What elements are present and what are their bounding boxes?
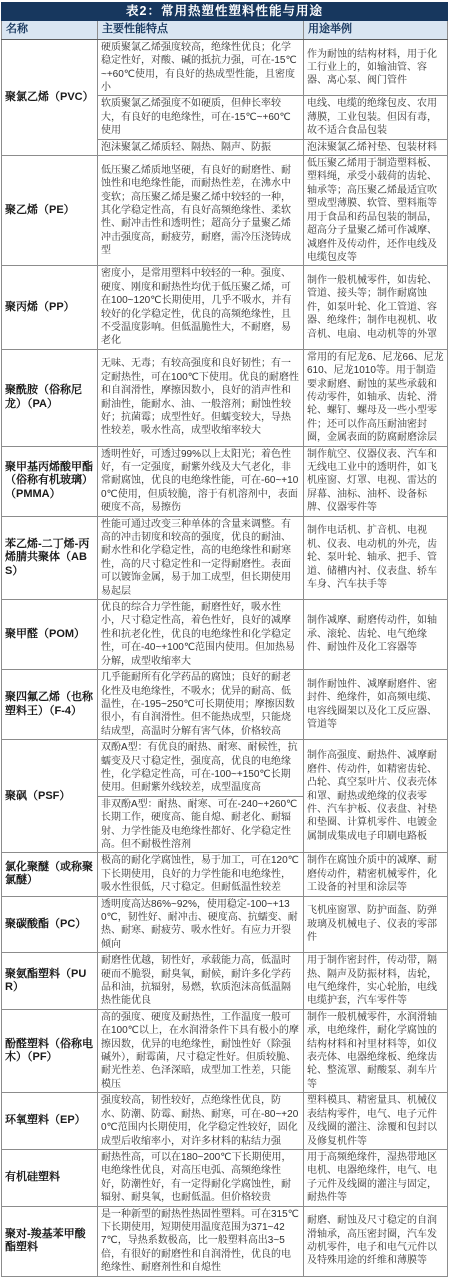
props-cell: 双酚A型：有优良的耐热、耐寒、耐候性，抗蠕变及尺寸稳定性，强度高，优良的电绝缘性… <box>98 740 304 797</box>
material-name-pa: 聚酰胺（俗称尼龙）（PA） <box>2 349 98 446</box>
props-cell: 高的强度、硬度及耐热性，工作温度一般可在100℃以上，在水润滑条件下具有极小的摩… <box>98 1009 304 1092</box>
table-row: 聚氨酯塑料（PUR） 耐磨性优越，韧性好，承载能力高，低温时硬而不脆裂，耐臭氧，… <box>2 953 448 1010</box>
table-row: 氯化聚醚（或称聚氯醚） 极高的耐化学腐蚀性，易于加工，可在120℃下长期使用，良… <box>2 853 448 896</box>
uses-cell: 制作航空、仪器仪表、汽车和无线电工业中的透明件，如飞机座窗、灯罩、电视、雷达的屏… <box>304 446 448 516</box>
table-title: 表2：常用热塑性塑料性能与用途 <box>2 3 448 21</box>
props-cell: 密度小，是常用塑料中较轻的一种。强度、硬度、刚度和耐热性均优于低压聚乙烯，可在1… <box>98 266 304 349</box>
uses-cell: 飞机座窗罩、防护面盔、防弹玻璃及机械电子、仪表的零部件 <box>304 896 448 953</box>
props-cell: 低压聚乙烯质地坚硬，有良好的耐磨性、耐蚀性和电绝缘性能，而耐热性差，在沸水中变软… <box>98 156 304 266</box>
material-name-pur: 聚氨酯塑料（PUR） <box>2 953 98 1010</box>
uses-cell: 作为耐蚀的结构材料，用于化工行业上的，如输油管、容器、离心泵、阀门管件 <box>304 39 448 96</box>
uses-cell: 制作高强度、耐热件、减摩耐磨件、传动件，如精密齿轮、凸轮、真空泵叶片、仪表壳体和… <box>304 740 448 853</box>
column-header-uses: 用途举例 <box>304 21 448 39</box>
material-name-pom: 聚甲醛（POM） <box>2 600 98 670</box>
uses-cell: 塑料模具、精密量具、机械仪表结构零件，电气、电子元件及线圈的灌注、涂覆和包封以及… <box>304 1093 448 1150</box>
material-name-pvc: 聚氯乙烯（PVC） <box>2 39 98 155</box>
uses-cell: 用于制作密封件，传动带，隔热、隔声及防振材料，齿轮，电气绝缘件，实心轮胎，电线电… <box>304 953 448 1010</box>
material-name-pf: 酚醛塑料（俗称电木）（PF） <box>2 1009 98 1092</box>
props-cell: 强度较高，韧性较好，点绝缘性优良，防水、防潮、防霉、耐热、耐寒，可在-80~+2… <box>98 1093 304 1150</box>
table-row: 聚砜（PSF） 双酚A型：有优良的耐热、耐寒、耐候性，抗蠕变及尺寸稳定性，强度高… <box>2 740 448 797</box>
uses-cell: 泡沫聚氯乙烯衬垫、包装材料 <box>304 139 448 155</box>
props-cell: 几乎能耐所有化学药品的腐蚀；良好的耐老化性及电绝缘性，不吸水；优异的耐高、低温性… <box>98 670 304 740</box>
material-name-pe: 聚乙烯（PE） <box>2 156 98 266</box>
props-cell: 极高的耐化学腐蚀性，易于加工，可在120℃下长期使用，良好的力学性能和电绝缘性，… <box>98 853 304 896</box>
table-row: 聚氯乙烯（PVC） 硬质聚氯乙烯强度较高，绝缘性优良；化学稳定性好，对酸、碱的抵… <box>2 39 448 96</box>
uses-cell: 制作电话机、扩音机、电视机、仪表、电动机的外壳，齿轮、泵叶轮、轴承、把手、管道、… <box>304 516 448 599</box>
uses-cell: 用于高频绝缘件，湿热带地区电机、电器绝缘件，电气、电子元件及线圈的灌注与固定，耐… <box>304 1149 448 1206</box>
table-row: 聚对-羧基苯甲酸酯塑料 是一种新型的耐热性热固性塑料。可在315℃下长期使用，短… <box>2 1206 448 1276</box>
column-header-props: 主要性能特点 <box>98 21 304 39</box>
props-cell: 无味、无毒；有较高强度和良好韧性；有一定耐热性，可在100℃下使用。优良的耐磨性… <box>98 349 304 446</box>
uses-cell: 电线、电缆的绝缘包皮、农用薄膜，工业包装。但因有毒，故不适合食品包装 <box>304 96 448 139</box>
material-name-pmma: 聚甲基丙烯酸甲酯（俗称有机玻璃）（PMMA） <box>2 446 98 516</box>
uses-cell: 制作耐蚀件、减摩耐磨件、密封件、绝缘件，如高频电缆、电容线圈架以及化工反应器、管… <box>304 670 448 740</box>
props-cell: 性能可通过改变三种单体的含量来调整。有高的冲击韧度和较高的强度，优良的耐油、耐水… <box>98 516 304 599</box>
material-name-f4: 聚四氟乙烯（也称塑料王）（F-4） <box>2 670 98 740</box>
props-cell: 透明度高达86%~92%，使用稳定-100~+130℃，韧性好、耐冲击、硬度高、… <box>98 896 304 953</box>
props-cell: 透明性好，可透过99%以上太阳光；着色性好，有一定强度，耐紫外线及大气老化，非常… <box>98 446 304 516</box>
uses-cell: 常用的有尼龙6、尼龙66、尼龙610、尼龙1010等。用于制造要求耐磨、耐蚀的某… <box>304 349 448 446</box>
table-row: 苯乙烯-二丁烯-丙烯腈共聚体（ABS） 性能可通过改变三种单体的含量来调整。有高… <box>2 516 448 599</box>
table-row: 聚丙烯（PP） 密度小，是常用塑料中较轻的一种。强度、硬度、刚度和耐热性均优于低… <box>2 266 448 349</box>
props-cell: 硬质聚氯乙烯强度较高，绝缘性优良；化学稳定性好，对酸、碱的抵抗力强，可在-15℃… <box>98 39 304 96</box>
thermoplastics-properties-table: 表2：常用热塑性塑料性能与用途 名称 主要性能特点 用途举例 聚氯乙烯（PVC）… <box>1 2 448 1277</box>
uses-cell: 制作减摩、耐磨传动件，如轴承、滚轮、齿轮、电气绝缘件、耐蚀件及化工容器等 <box>304 600 448 670</box>
table-row: 聚四氟乙烯（也称塑料王）（F-4） 几乎能耐所有化学药品的腐蚀；良好的耐老化性及… <box>2 670 448 740</box>
uses-cell: 耐磨、耐蚀及尺寸稳定的自润滑轴承，高压密封圈，汽车发动机零件，电子和电气元件以及… <box>304 1206 448 1276</box>
props-cell: 软质聚氯乙烯强度不如硬质，但伸长率较大，有良好的电绝缘性，可在-15℃~+60℃… <box>98 96 304 139</box>
column-header-name: 名称 <box>2 21 98 39</box>
table-row: 聚碳酸酯（PC） 透明度高达86%~92%，使用稳定-100~+130℃，韧性好… <box>2 896 448 953</box>
table-row: 酚醛塑料（俗称电木）（PF） 高的强度、硬度及耐热性，工作温度一般可在100℃以… <box>2 1009 448 1092</box>
table-row: 聚乙烯（PE） 低压聚乙烯质地坚硬，有良好的耐磨性、耐蚀性和电绝缘性能，而耐热性… <box>2 156 448 266</box>
uses-cell: 低压聚乙烯用于制造塑料板、塑料绳，承受小载荷的齿轮、轴承等；高压聚乙烯最适宜吹塑… <box>304 156 448 266</box>
material-name-pp: 聚丙烯（PP） <box>2 266 98 349</box>
uses-cell: 制作一般机械零件，水润滑轴承，电绝缘件，耐化学腐蚀的结构材料和衬里材料等，如仪表… <box>304 1009 448 1092</box>
material-name-pc: 聚碳酸酯（PC） <box>2 896 98 953</box>
table-row: 聚甲基丙烯酸甲酯（俗称有机玻璃）（PMMA） 透明性好，可透过99%以上太阳光；… <box>2 446 448 516</box>
props-cell: 优良的综合力学性能，耐磨性好，吸水性小，尺寸稳定性高，着色性好，良好的减摩性和抗… <box>98 600 304 670</box>
table-row: 聚酰胺（俗称尼龙）（PA） 无味、无毒；有较高强度和良好韧性；有一定耐热性，可在… <box>2 349 448 446</box>
table-row: 环氧塑料（EP） 强度较高，韧性较好，点绝缘性优良，防水、防潮、防霉、耐热、耐寒… <box>2 1093 448 1150</box>
table-row: 聚甲醛（POM） 优良的综合力学性能，耐磨性好，吸水性小，尺寸稳定性高，着色性好… <box>2 600 448 670</box>
material-name-ep: 环氧塑料（EP） <box>2 1093 98 1150</box>
props-cell: 非双酚A型：耐热、耐寒、可在-240~+260℃长期工作，硬度高、能自熄、耐老化… <box>98 796 304 853</box>
props-cell: 耐磨性优越，韧性好，承载能力高，低温时硬而不脆裂，耐臭氧，耐候，耐许多化学药品和… <box>98 953 304 1010</box>
material-name-psf: 聚砜（PSF） <box>2 740 98 853</box>
thermoplastics-table-page: 表2：常用热塑性塑料性能与用途 名称 主要性能特点 用途举例 聚氯乙烯（PVC）… <box>1 2 449 1277</box>
uses-cell: 制作在腐蚀介质中的减摩、耐磨传动件，精密机械零件，化工设备的衬里和涂层等 <box>304 853 448 896</box>
table-row: 有机硅塑料 耐热性高，可以在180~200℃下长期使用，电绝缘性优良，对高压电弧… <box>2 1149 448 1206</box>
props-cell: 是一种新型的耐热性热固性塑料。可在315℃下长期使用，短期使用温度范围为371~… <box>98 1206 304 1276</box>
material-name-chlorinated-polyether: 氯化聚醚（或称聚氯醚） <box>2 853 98 896</box>
material-name-silicone: 有机硅塑料 <box>2 1149 98 1206</box>
props-cell: 泡沫聚氯乙烯质轻、隔热、隔声、防振 <box>98 139 304 155</box>
material-name-abs: 苯乙烯-二丁烯-丙烯腈共聚体（ABS） <box>2 516 98 599</box>
uses-cell: 制作一般机械零件，如齿轮、管道、接头等；制作耐腐蚀件，如泵叶轮、化工管道、容器、… <box>304 266 448 349</box>
material-name-poly-p-oxybenzoate: 聚对-羧基苯甲酸酯塑料 <box>2 1206 98 1276</box>
props-cell: 耐热性高，可以在180~200℃下长期使用，电绝缘性优良，对高压电弧、高频绝缘性… <box>98 1149 304 1206</box>
